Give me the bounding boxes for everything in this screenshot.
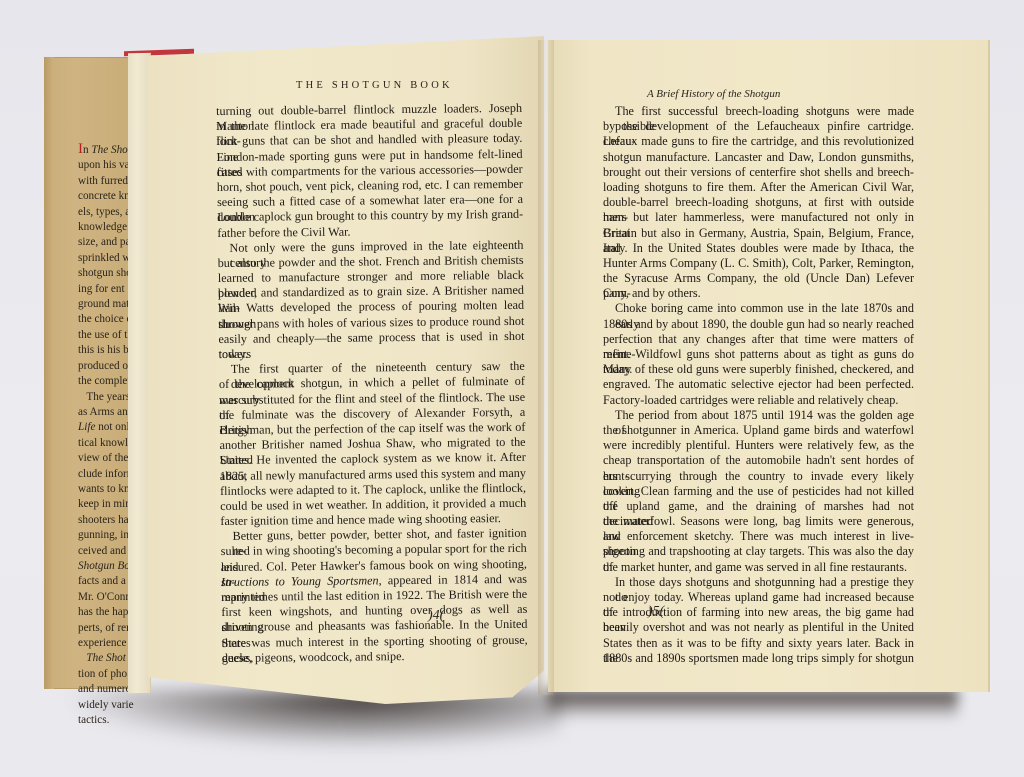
text-line: loading shotguns to fire them. After the…: [603, 180, 914, 195]
text-line: covert. Clean farming and the use of pes…: [603, 484, 914, 499]
text-line: were incredibly plentiful. Hunters were …: [603, 438, 914, 453]
jacket-line: widely varie: [78, 698, 136, 713]
text-line: The period from about 1875 until 1914 wa…: [603, 408, 914, 423]
book-shadow-right: [548, 690, 958, 720]
text-line: the Syracuse Arms Company, the old (Uncl…: [603, 271, 914, 286]
text-line: In those days shotguns and shotgunning h…: [603, 575, 914, 590]
text-line: mers but later hammerless, were manufact…: [603, 210, 914, 225]
text-line: ment. Wildfowl guns shot patterns about …: [603, 347, 914, 362]
text-line: there was much interest in the sporting …: [222, 632, 528, 650]
left-page-body-text: turning out double-barrel flintlock muzz…: [216, 101, 528, 666]
text-line: ers scurrying through the country to inv…: [603, 469, 914, 484]
text-line: States then as it was to be fifty and si…: [603, 636, 914, 651]
text-line: 1880s and by about 1890, the double gun …: [603, 317, 914, 332]
left-page-number: )4(: [428, 608, 444, 624]
text-line: Britain but also in Germany, Austria, Sp…: [603, 226, 914, 241]
jacket-line: tactics.: [78, 713, 136, 728]
text-line: 1880s and 1890s sportsmen made long trip…: [603, 651, 914, 666]
text-line: Factory-loaded cartridges were reliable …: [603, 393, 914, 408]
text-line: not enjoy today. Whereas upland game had…: [603, 590, 914, 605]
text-line: double-barrel breech-loading shotguns, a…: [603, 195, 914, 210]
book-gutter: [538, 40, 554, 695]
book-photo: In The Shotupon his vaswith furredconcre…: [0, 0, 1024, 777]
jacket-line: n The Shot: [83, 144, 131, 156]
text-line: engraved. The automatic selective ejecto…: [603, 377, 914, 392]
text-line: the upland game, and the draining of mar…: [603, 499, 914, 514]
text-line: Choke boring came into common use in the…: [603, 301, 914, 316]
text-line: the waterfowl. Seasons were long, bag li…: [603, 514, 914, 529]
text-line: perfection that any changes after that t…: [603, 332, 914, 347]
text-line: shooting and trapshooting at clay target…: [603, 544, 914, 559]
right-page-number: )5(: [648, 604, 664, 620]
text-line: double caplock gun brought to this count…: [217, 207, 523, 225]
dust-jacket-edge: [44, 57, 54, 689]
text-line: pany, and by others.: [603, 286, 914, 301]
text-line: easily and cheaply—the same process that…: [218, 329, 524, 347]
text-line: brought out their versions of centerfire…: [603, 165, 914, 180]
text-line: shotgun manufacture. Lancaster and Daw, …: [603, 150, 914, 165]
text-line: the market hunter, and game was served i…: [603, 560, 914, 575]
text-line: law enforcement sketchy. There was much …: [603, 529, 914, 544]
text-line: geese, pigeons, woodcock, and snipe.: [222, 648, 528, 666]
left-running-head: THE SHOTGUN BOOK: [296, 80, 453, 91]
text-line: heavily overshot and was not nearly as p…: [603, 620, 914, 635]
text-line: Hunter Arms Company (L. C. Smith), Colt,…: [603, 256, 914, 271]
page-stack-edge: [128, 53, 151, 693]
text-line: Many of these old guns were superbly fin…: [603, 362, 914, 377]
text-line: The first successful breech-loading shot…: [603, 104, 914, 119]
right-page-body-text: The first successful breech-loading shot…: [603, 104, 914, 666]
text-line: by the development of the Lefaucheaux pi…: [603, 119, 914, 134]
right-running-head: A Brief History of the Shotgun: [647, 88, 780, 100]
text-line: Italy. In the United States doubles were…: [603, 241, 914, 256]
text-line: cheaux made guns to fire the cartridge, …: [603, 134, 914, 149]
text-line: cheap transportation of the automobile h…: [603, 453, 914, 468]
text-line: the shotgunner in America. Upland game b…: [603, 423, 914, 438]
